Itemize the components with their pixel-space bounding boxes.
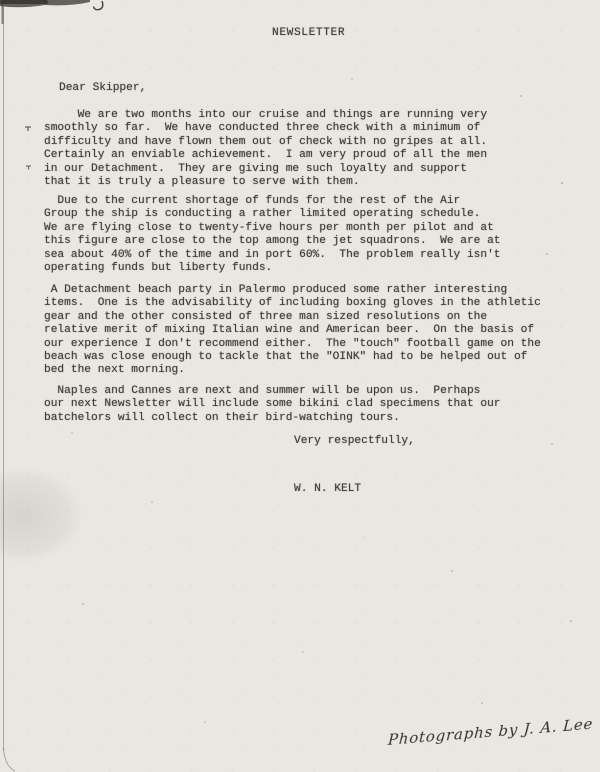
paragraph-1: We are two months into our cruise and th… [44,109,487,189]
salutation: Dear Skipper, [59,82,146,95]
ink-speck [26,166,31,170]
scan-edge-smear [0,0,90,7]
signature-name: W. N. KELT [294,483,361,496]
pen-mark [94,1,103,10]
ink-speck [25,127,31,131]
smudge-mark [0,468,82,563]
closing: Very respectfully, [294,435,415,448]
page-edge-curve [4,748,16,771]
scan-edge-smear-core [0,0,48,4]
handwritten-credit: Photographs by J. A. Lee [387,715,593,749]
scanned-letter-page: NEWSLETTER Dear Skipper, We are two mont… [0,0,600,772]
paragraph-2: Due to the current shortage of funds for… [44,195,501,275]
paragraph-3: A Detachment beach party in Palermo prod… [44,284,541,378]
letter-title: NEWSLETTER [272,27,345,40]
paragraph-4: Naples and Cannes are next and summer wi… [44,385,501,425]
